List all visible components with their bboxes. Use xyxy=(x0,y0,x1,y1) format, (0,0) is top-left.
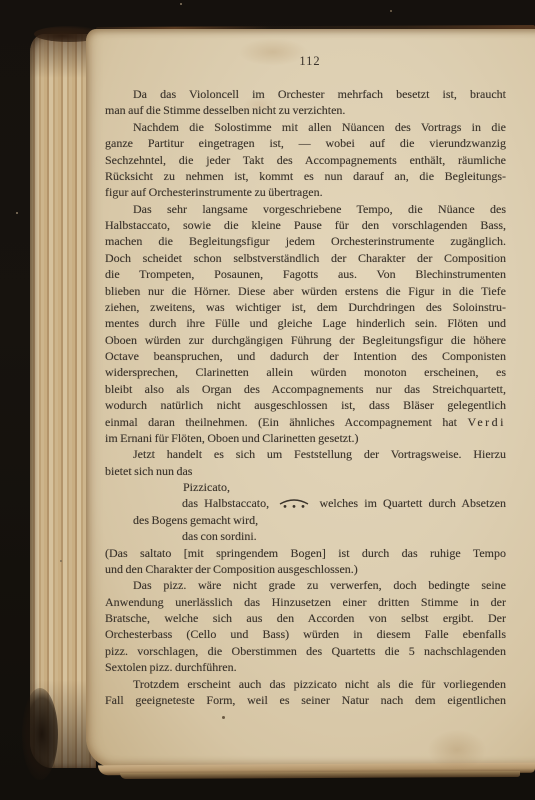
text-line: Pizzicato, xyxy=(183,479,506,495)
text-segment: welches im Quartett durch Absetzen xyxy=(319,496,506,510)
text-segment: pizz. vorschlagen, die Oberstimmen des Q… xyxy=(105,644,506,658)
paragraph: Pizzicato,das Halbstaccato, welches im Q… xyxy=(105,479,506,545)
paragraph: Jetzt handelt es sich um Feststellung de… xyxy=(105,446,506,479)
text-segment: Orchesterbass (Cello und Bass) würden in… xyxy=(105,627,506,641)
text-line: Halbstaccato, sowie die kleine Pause für… xyxy=(105,217,506,233)
text-segment: Halbstaccato, sowie die kleine Pause für… xyxy=(105,218,506,232)
text-segment: das Halbstaccato, xyxy=(182,496,275,510)
page-number: 112 xyxy=(110,54,510,69)
text-segment: Trotzdem erscheint auch das pizzicato ni… xyxy=(133,677,506,691)
text-line: (Das saltato [mit springendem Bogen] ist… xyxy=(105,545,506,561)
text-segment: (Das saltato [mit springendem Bogen] ist… xyxy=(105,546,506,560)
dust-speck xyxy=(390,10,392,12)
text-line: Sextolen pizz. durchführen. xyxy=(105,659,506,675)
book-photo-background: 112 Da das Violoncell im Orchester mehrf… xyxy=(0,0,535,800)
text-segment: Das pizz. wäre nicht grade zu verwerfen,… xyxy=(133,578,506,592)
text-segment: das con sordini. xyxy=(182,529,257,543)
text-line: Fall geeigneteste Form, weil es seiner N… xyxy=(105,692,506,708)
text-line: Nachdem die Solostimme mit allen Nüancen… xyxy=(105,119,506,135)
text-segment: machen die Begleitungsfigur jedem Orches… xyxy=(105,234,506,248)
text-segment: wodurch natürlich nicht ausgeschlossen i… xyxy=(105,398,506,412)
text-line: figur auf Orchesterinstrumente zu übertr… xyxy=(105,184,506,200)
paragraph: Nachdem die Solostimme mit allen Nüancen… xyxy=(105,119,506,201)
text-line: Oboen würden zur durchgängigen Führung d… xyxy=(105,332,506,348)
text-line: bleibt also als Organ des Accompagnement… xyxy=(105,381,506,397)
text-line: machen die Begleitungsfigur jedem Orches… xyxy=(105,233,506,249)
text-line: das Halbstaccato, welches im Quartett du… xyxy=(182,495,506,511)
text-segment: bietet sich nun das xyxy=(105,464,192,478)
text-segment: Jetzt handelt es sich um Feststellung de… xyxy=(133,447,506,461)
text-line: Rücksicht zu nehmen ist, kommt es nun da… xyxy=(105,168,506,184)
text-segment: Octave beanspruchen, und dadurch der Int… xyxy=(105,349,506,363)
paragraph: Das sehr langsame vorgeschriebene Tempo,… xyxy=(105,201,506,447)
text-segment: ganze Partitur eingetragen ist, — wobei … xyxy=(105,136,506,150)
dust-speck xyxy=(180,3,182,5)
text-line: Jetzt handelt es sich um Feststellung de… xyxy=(105,446,506,462)
paragraph: Da das Violoncell im Orchester mehrfach … xyxy=(105,86,506,119)
text-line: das con sordini. xyxy=(182,528,506,544)
paragraph: Trotzdem erscheint auch das pizzicato ni… xyxy=(105,676,506,709)
text-line: Das pizz. wäre nicht grade zu verwerfen,… xyxy=(105,577,506,593)
text-segment: blieben nur die Hörner. Diese aber würde… xyxy=(105,284,506,298)
text-line: blieben nur die Hörner. Diese aber würde… xyxy=(105,283,506,299)
text-segment: Rücksicht zu nehmen ist, kommt es nun da… xyxy=(105,169,506,183)
paragraph: Das pizz. wäre nicht grade zu verwerfen,… xyxy=(105,577,506,675)
under-page-edge-2 xyxy=(120,771,520,779)
text-segment: und den Charakter der Composition ausges… xyxy=(105,562,358,576)
text-line: Octave beanspruchen, und dadurch der Int… xyxy=(105,348,506,364)
text-segment: widersprechen, Clarinetten allein würden… xyxy=(105,365,506,379)
text-line: des Bogens gemacht wird, xyxy=(133,512,506,528)
text-segment: figur auf Orchesterinstrumente zu übertr… xyxy=(105,185,323,199)
text-line: Trotzdem erscheint auch das pizzicato ni… xyxy=(105,676,506,692)
halbstaccato-slur-dots-icon xyxy=(278,496,310,508)
text-line: bietet sich nun das xyxy=(105,463,506,479)
text-segment: Das sehr langsame vorgeschriebene Tempo,… xyxy=(133,202,506,216)
text-line: Anwendung unerlässlich das Hinzusetzen e… xyxy=(105,594,506,610)
text-segment: einmal daran theilnehmen. (Ein ähnliches… xyxy=(105,415,468,429)
text-line: Doch scheidet schon selbstverständlich d… xyxy=(105,250,506,266)
text-segment: Doch scheidet schon selbstverständlich d… xyxy=(105,251,506,265)
text-segment: Oboen würden zur durchgängigen Führung d… xyxy=(105,333,506,347)
text-segment: im Ernani für Flöten, Oboen und Clarinet… xyxy=(105,431,358,445)
text-line: die Trompeten, Posaunen, Fagotts aus. Vo… xyxy=(105,266,506,282)
text-line: Sechzehntel, die jeder Takt des Accompag… xyxy=(105,152,506,168)
text-line: ganze Partitur eingetragen ist, — wobei … xyxy=(105,135,506,151)
text-line: ziehen, zweitens, was wichtiger ist, dem… xyxy=(105,299,506,315)
text-segment: Sechzehntel, die jeder Takt des Accompag… xyxy=(105,153,506,167)
text-segment: Nachdem die Solostimme mit allen Nüancen… xyxy=(133,120,506,134)
text-line: wodurch natürlich nicht ausgeschlossen i… xyxy=(105,397,506,413)
text-line: Orchesterbass (Cello und Bass) würden in… xyxy=(105,626,506,642)
text-segment: Pizzicato, xyxy=(183,480,230,494)
text-segment: bleibt also als Organ des Accompagnement… xyxy=(105,382,506,396)
text-segment: man auf die Stimme desselben nicht zu ve… xyxy=(105,103,345,117)
text-segment: des Bogens gemacht wird, xyxy=(133,513,258,527)
text-segment: ziehen, zweitens, was wichtiger ist, dem… xyxy=(105,300,506,314)
text-line: Da das Violoncell im Orchester mehrfach … xyxy=(105,86,506,102)
text-line: Das sehr langsame vorgeschriebene Tempo,… xyxy=(105,201,506,217)
text-block: Da das Violoncell im Orchester mehrfach … xyxy=(105,86,506,708)
dust-speck xyxy=(16,212,18,214)
text-segment: Da das Violoncell im Orchester mehrfach … xyxy=(133,87,506,101)
text-segment: Anwendung unerlässlich das Hinzusetzen e… xyxy=(105,595,506,609)
text-line: man auf die Stimme desselben nicht zu ve… xyxy=(105,102,506,118)
letterspaced-name: Verdi xyxy=(468,415,507,429)
text-segment: die Trompeten, Posaunen, Fagotts aus. Vo… xyxy=(105,267,506,281)
text-line: und den Charakter der Composition ausges… xyxy=(105,561,506,577)
paragraph: (Das saltato [mit springendem Bogen] ist… xyxy=(105,545,506,578)
text-segment: Fall geeigneteste Form, weil es seiner N… xyxy=(105,693,506,707)
text-segment: Bratsche, welche sich aus den Accorden v… xyxy=(105,611,506,625)
text-segment: mentes durch ihre Fülle und gleiche Lage… xyxy=(105,316,506,330)
text-line: widersprechen, Clarinetten allein würden… xyxy=(105,364,506,380)
worn-corner-bottom-left xyxy=(22,688,58,780)
text-line: pizz. vorschlagen, die Oberstimmen des Q… xyxy=(105,643,506,659)
text-line: im Ernani für Flöten, Oboen und Clarinet… xyxy=(105,430,506,446)
text-segment: Sextolen pizz. durchführen. xyxy=(105,660,237,674)
text-line: einmal daran theilnehmen. (Ein ähnliches… xyxy=(105,414,506,430)
text-line: Bratsche, welche sich aus den Accorden v… xyxy=(105,610,506,626)
text-line: mentes durch ihre Fülle und gleiche Lage… xyxy=(105,315,506,331)
